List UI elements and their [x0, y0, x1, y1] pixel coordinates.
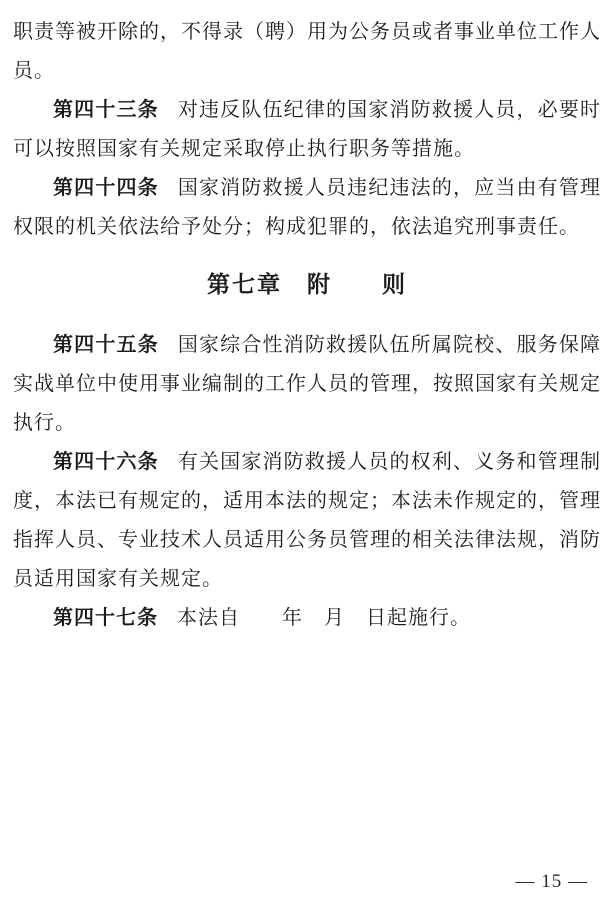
paragraph-article-47: 第四十七条本法自 年 月 日起施行。	[13, 599, 601, 638]
paragraph-article-45: 第四十五条国家综合性消防救援队伍所属院校、服务保障实战单位中使用事业编制的工作人…	[13, 326, 601, 443]
paragraph-article-46: 第四十六条有关国家消防救援人员的权利、义务和管理制度，本法已有规定的，适用本法的…	[13, 443, 601, 599]
article-43-label: 第四十三条	[53, 99, 159, 121]
article-44-label: 第四十四条	[53, 177, 159, 199]
document-body: 职责等被开除的，不得录（聘）用为公务员或者事业单位工作人员。 第四十三条对违反队…	[13, 13, 601, 638]
paragraph-article-44: 第四十四条国家消防救援人员违纪违法的，应当由有管理权限的机关依法给予处分；构成犯…	[13, 169, 601, 247]
article-47-label: 第四十七条	[53, 607, 158, 629]
page-number-footer: — 15 —	[516, 871, 589, 893]
chapter-heading: 第七章 附 则	[13, 265, 601, 304]
document-page: 职责等被开除的，不得录（聘）用为公务员或者事业单位工作人员。 第四十三条对违反队…	[0, 0, 614, 907]
paragraph-article-43: 第四十三条对违反队伍纪律的国家消防救援人员，必要时可以按照国家有关规定采取停止执…	[13, 91, 601, 169]
paragraph-continuation: 职责等被开除的，不得录（聘）用为公务员或者事业单位工作人员。	[13, 13, 601, 91]
article-46-label: 第四十六条	[53, 451, 159, 473]
article-47-text: 本法自 年 月 日起施行。	[177, 607, 471, 629]
article-45-label: 第四十五条	[53, 334, 159, 356]
